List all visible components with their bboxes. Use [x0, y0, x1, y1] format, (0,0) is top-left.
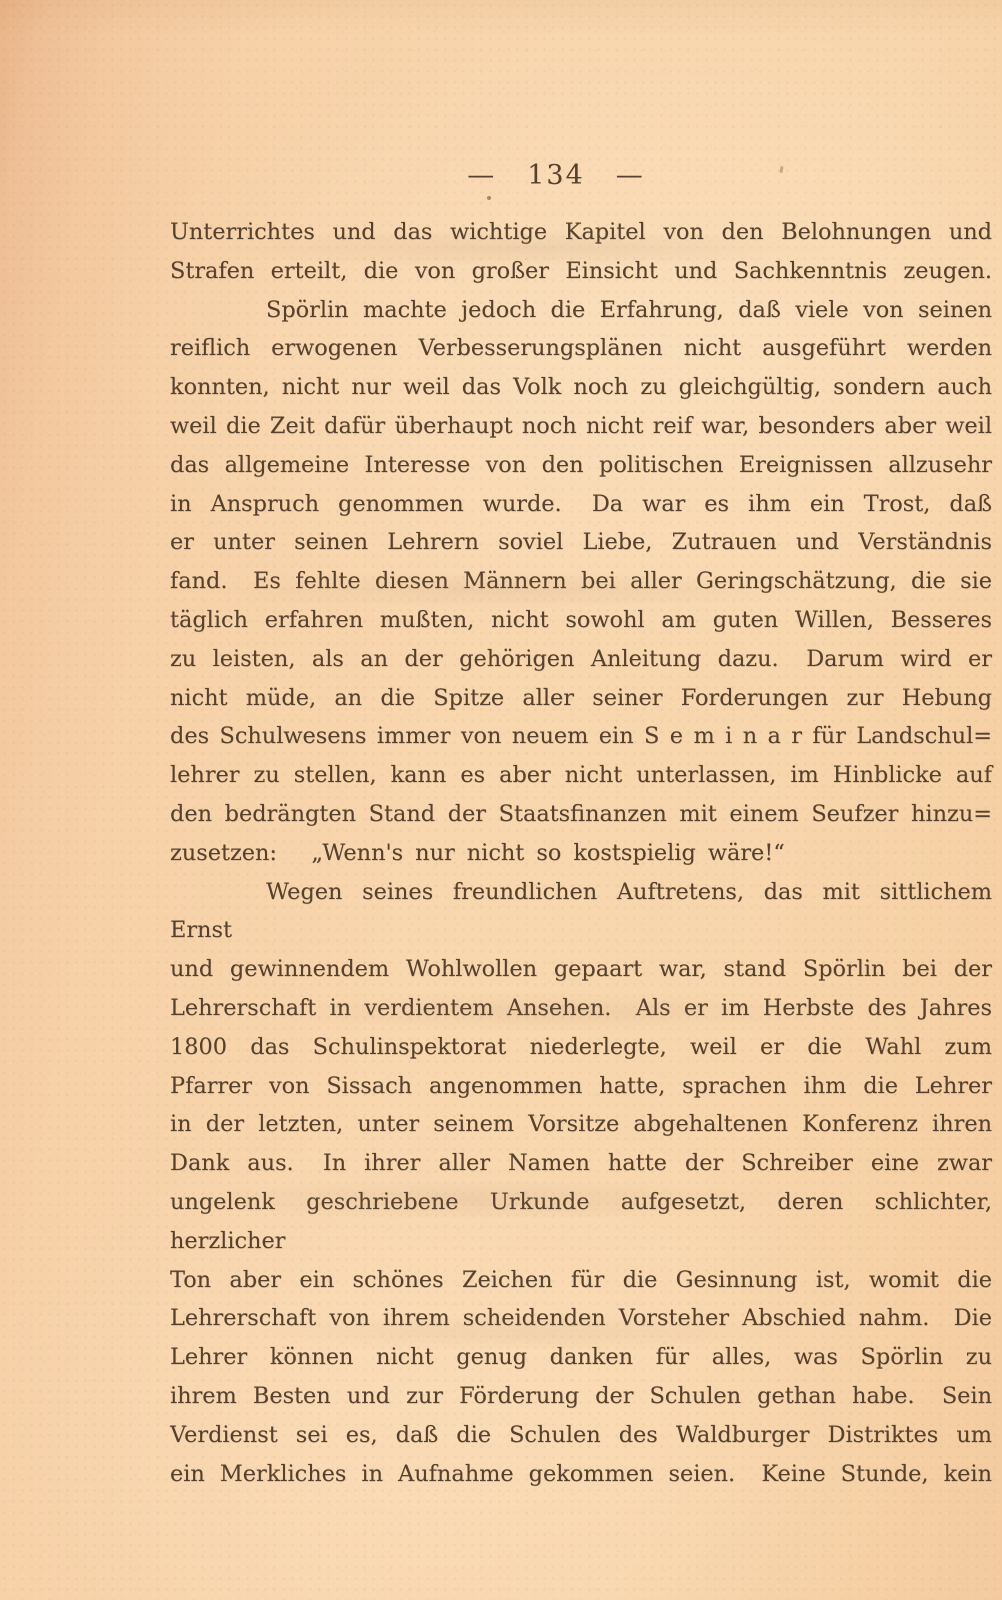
text-line: Pfarrer von Sissach angenommen hatte, sp…: [170, 1067, 992, 1106]
text-line: Lehrerschaft in verdientem Ansehen. Als …: [170, 989, 992, 1028]
text-line: lehrer zu stellen, kann es aber nicht un…: [170, 756, 992, 795]
text-line: zu leisten, als an der gehörigen Anleitu…: [170, 640, 992, 679]
text-line: Wegen seines freundlichen Auftretens, da…: [170, 873, 992, 951]
text-line: Lehrerschaft von ihrem scheidenden Vorst…: [170, 1299, 992, 1338]
header-dash-right: —: [616, 160, 645, 191]
header-dash-left: —: [467, 160, 496, 191]
text-line: Dank aus. In ihrer aller Namen hatte der…: [170, 1144, 992, 1183]
text-line: 1800 das Schulinspektorat niederlegte, w…: [170, 1028, 992, 1067]
text-line: des Schulwesens immer von neuem ein S e …: [170, 717, 992, 756]
text-line: ungelenk geschriebene Urkunde aufgesetzt…: [170, 1183, 992, 1261]
text-line: Unterrichtes und das wichtige Kapitel vo…: [170, 213, 992, 252]
text-line: fand. Es fehlte diesen Männern bei aller…: [170, 562, 992, 601]
text-line: das allgemeine Interesse von den politis…: [170, 446, 992, 485]
text-line: nicht müde, an die Spitze aller seiner F…: [170, 679, 992, 718]
page-number: 134: [527, 160, 585, 191]
text-line: ein Merkliches in Aufnahme gekommen seie…: [170, 1455, 992, 1494]
text-line: Lehrer können nicht genug danken für all…: [170, 1338, 992, 1377]
text-line: und gewinnendem Wohlwollen gepaart war, …: [170, 950, 992, 989]
page-header: — 134 —: [55, 160, 1002, 191]
text-line: Spörlin machte jedoch die Erfahrung, daß…: [170, 291, 992, 330]
text-line: Strafen erteilt, die von großer Einsicht…: [170, 252, 992, 291]
text-line: täglich erfahren mußten, nicht sowohl am…: [170, 601, 992, 640]
text-line: Ton aber ein schönes Zeichen für die Ges…: [170, 1261, 992, 1300]
scan-speck: [779, 166, 783, 173]
scan-speck: [487, 196, 491, 200]
text-line: in Anspruch genommen wurde. Da war es ih…: [170, 485, 992, 524]
text-line: ihrem Besten und zur Förderung der Schul…: [170, 1377, 992, 1416]
scanned-book-page: — 134 — Unterrichtes und das wichtige Ka…: [0, 0, 1002, 1600]
text-line: Verdienst sei es, daß die Schulen des Wa…: [170, 1416, 992, 1455]
text-line: den bedrängten Stand der Staatsfinanzen …: [170, 795, 992, 834]
text-line: konnten, nicht nur weil das Volk noch zu…: [170, 368, 992, 407]
text-line: reiflich erwogenen Verbesserungsplänen n…: [170, 329, 992, 368]
text-line: zusetzen: „Wenn's nur nicht so kostspiel…: [170, 834, 992, 873]
body-text: Unterrichtes und das wichtige Kapitel vo…: [170, 213, 992, 1493]
text-line: weil die Zeit dafür überhaupt noch nicht…: [170, 407, 992, 446]
text-line: in der letzten, unter seinem Vorsitze ab…: [170, 1105, 992, 1144]
text-line: er unter seinen Lehrern soviel Liebe, Zu…: [170, 523, 992, 562]
